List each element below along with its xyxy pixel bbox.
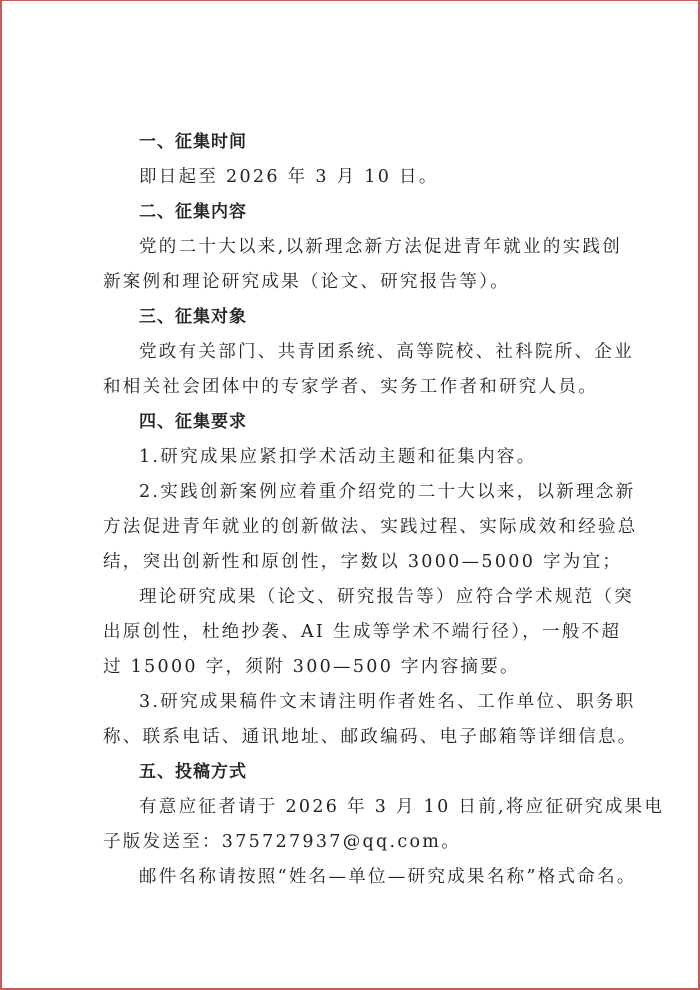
document-body: 一、征集时间 即日起至 2026 年 3 月 10 日。 二、征集内容 党的二十… bbox=[103, 125, 603, 895]
section-heading-target: 三、征集对象 bbox=[103, 300, 603, 335]
paragraph: 理论研究成果（论文、研究报告等）应符合学术规范（突 bbox=[103, 580, 603, 615]
paragraph: 出原创性，杜绝抄袭、AI 生成等学术不端行径），一般不超 bbox=[103, 615, 603, 650]
paragraph: 结，突出创新性和原创性，字数以 3000—5000 字为宜； bbox=[103, 545, 603, 580]
paragraph: 3.研究成果稿件文末请注明作者姓名、工作单位、职务职 bbox=[103, 685, 603, 720]
section-heading-time: 一、征集时间 bbox=[103, 125, 603, 160]
paragraph: 称、联系电话、通讯地址、邮政编码、电子邮箱等详细信息。 bbox=[103, 720, 603, 755]
paragraph: 有意应征者请于 2026 年 3 月 10 日前,将应征研究成果电 bbox=[103, 790, 603, 825]
paragraph: 党的二十大以来,以新理念新方法促进青年就业的实践创 bbox=[103, 230, 603, 265]
paragraph: 党政有关部门、共青团系统、高等院校、社科院所、企业 bbox=[103, 335, 603, 370]
section-heading-submission: 五、投稿方式 bbox=[103, 755, 603, 790]
paragraph: 邮件名称请按照“姓名—单位—研究成果名称”格式命名。 bbox=[103, 860, 603, 895]
paragraph-email: 子版发送至：375727937@qq.com。 bbox=[103, 825, 603, 860]
paragraph: 方法促进青年就业的创新做法、实践过程、实际成效和经验总 bbox=[103, 510, 603, 545]
paragraph: 1.研究成果应紧扣学术活动主题和征集内容。 bbox=[103, 440, 603, 475]
document-page: 一、征集时间 即日起至 2026 年 3 月 10 日。 二、征集内容 党的二十… bbox=[0, 0, 700, 990]
paragraph: 和相关社会团体中的专家学者、实务工作者和研究人员。 bbox=[103, 370, 603, 405]
paragraph: 2.实践创新案例应着重介绍党的二十大以来，以新理念新 bbox=[103, 475, 603, 510]
section-heading-requirements: 四、征集要求 bbox=[103, 405, 603, 440]
paragraph: 即日起至 2026 年 3 月 10 日。 bbox=[103, 160, 603, 195]
section-heading-content: 二、征集内容 bbox=[103, 195, 603, 230]
paragraph: 新案例和理论研究成果（论文、研究报告等）。 bbox=[103, 265, 603, 300]
paragraph: 过 15000 字，须附 300—500 字内容摘要。 bbox=[103, 650, 603, 685]
